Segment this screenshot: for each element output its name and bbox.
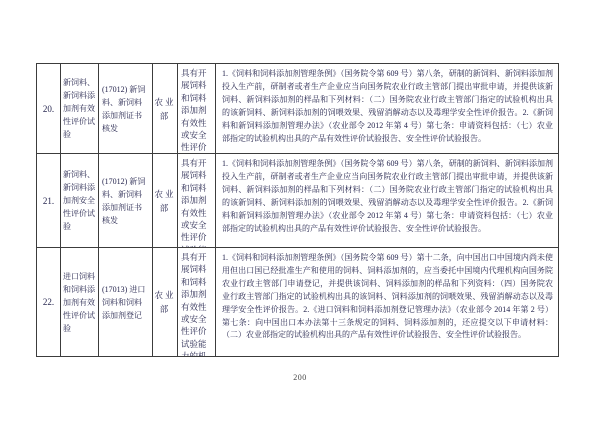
page-number: 200 (0, 373, 600, 382)
row-20-legal-basis: 1.《饲料和饲料添加剂管理条例》（国务院令第 609 号）第八条，研制的新饲料、… (216, 64, 558, 154)
document-page: 20. 新饲料、新饲料添加剂有效性评价试验 (17012) 新饲料、新饲料添加剂… (0, 0, 600, 424)
row-20-approval-item: (17012) 新饲料、新饲料添加剂证书核发 (99, 64, 153, 154)
row-20-item-name: 新饲料、新饲料添加剂有效性评价试验 (61, 64, 99, 154)
row-21-department: 农业部 (153, 154, 178, 248)
row-21-qualification: 具有开展饲料和饲料添加剂有效性或安全性评价试验能力的机构 (178, 154, 216, 248)
approval-items-table: 20. 新饲料、新饲料添加剂有效性评价试验 (17012) 新饲料、新饲料添加剂… (36, 63, 559, 357)
row-21-index: 21. (37, 154, 61, 248)
row-22-legal-basis: 1.《饲料和饲料添加剂管理条例》（国务院令第 609 号）第十二条，向中国出口中… (216, 248, 558, 356)
row-22-item-name: 进口饲料和饲料添加剂有效性评价试验 (61, 248, 99, 356)
row-21-approval-item: (17012) 新饲料、新饲料添加剂证书核发 (99, 154, 153, 248)
row-21-legal-basis: 1.《饲料和饲料添加剂管理条例》（国务院令第 609 号）第八条，研制的新饲料、… (216, 154, 558, 248)
row-21-item-name: 新饲料、新饲料添加剂安全性评价试验 (61, 154, 99, 248)
row-22-department: 农业部 (153, 248, 178, 356)
row-20-index: 20. (37, 64, 61, 154)
row-20-department: 农业部 (153, 64, 178, 154)
row-22-qualification: 具有开展饲料和饲料添加剂有效性或安全性评价试验能力的机构 (178, 248, 216, 356)
row-22-approval-item: (17013) 进口饲料和饲料添加剂登记 (99, 248, 153, 356)
row-20-qualification: 具有开展饲料和饲料添加剂有效性或安全性评价试验能力的机构 (178, 64, 216, 154)
row-22-index: 22. (37, 248, 61, 356)
